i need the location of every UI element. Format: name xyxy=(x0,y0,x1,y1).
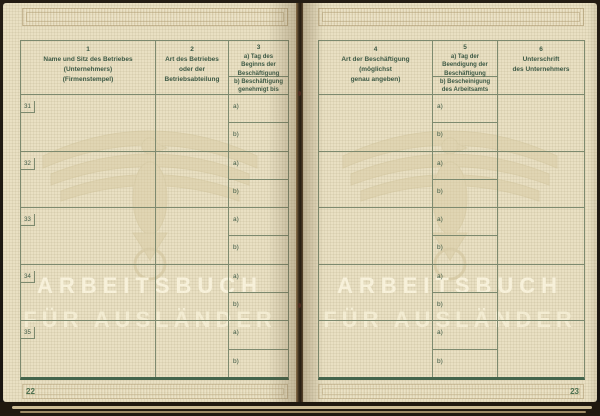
cell-end-dates: a) b) xyxy=(433,265,498,321)
header-col-6-text: Unterschrift des Unternehmers xyxy=(498,55,584,75)
header-col-5b: b) Bescheinigung des Arbeitsamts xyxy=(433,77,497,94)
subcell-a: a) xyxy=(229,321,288,349)
subcell-a: a) xyxy=(433,265,497,293)
header-col-5-number: 5 xyxy=(433,43,497,53)
row-number: 35 xyxy=(21,327,35,339)
row-number: 32 xyxy=(21,158,35,170)
header-col-2-number: 2 xyxy=(156,45,228,55)
cell-type xyxy=(156,265,229,321)
ornament-band-top-left xyxy=(22,8,288,26)
cell-occupation xyxy=(319,95,433,151)
table-row: a) b) xyxy=(319,208,584,265)
label-a: a) xyxy=(433,271,443,280)
subcell-a: a) xyxy=(433,95,497,123)
subcell-b: b) xyxy=(433,123,497,150)
cell-dates: a) b) xyxy=(229,152,288,208)
ornament-band-bottom-left xyxy=(22,384,288,399)
label-b: b) xyxy=(433,129,443,138)
cell-occupation xyxy=(319,321,433,377)
header-col-1-number: 1 xyxy=(21,45,155,55)
subcell-a: a) xyxy=(229,208,288,236)
label-b: b) xyxy=(229,186,239,195)
header-col-3-number: 3 xyxy=(229,43,288,53)
header-col-4-number: 4 xyxy=(319,45,432,55)
cell-end-dates: a) b) xyxy=(433,321,498,377)
label-b: b) xyxy=(433,186,443,195)
cell-occupation xyxy=(319,265,433,321)
header-col-5a-text: a) Tag der Beendigung der Beschäftigung xyxy=(433,53,497,77)
subcell-b: b) xyxy=(229,293,288,320)
table-row: 31 a) b) xyxy=(21,95,288,152)
label-a: a) xyxy=(229,101,239,110)
subcell-b: b) xyxy=(229,236,288,263)
header-col-4: 4 Art der Beschäftigung (möglichst genau… xyxy=(319,41,433,94)
cell-type xyxy=(156,95,229,151)
table-row: 33 a) b) xyxy=(21,208,288,265)
label-a: a) xyxy=(433,158,443,167)
subcell-a: a) xyxy=(229,95,288,123)
label-b: b) xyxy=(229,356,239,365)
label-b: b) xyxy=(433,299,443,308)
label-a: a) xyxy=(229,158,239,167)
subcell-a: a) xyxy=(229,265,288,293)
header-col-3b-text: b) Beschäftigung genehmigt bis xyxy=(229,78,288,94)
header-col-5: 5 a) Tag der Beendigung der Beschäftigun… xyxy=(433,41,498,94)
book-spread: ARBEITSBUCH FÜR AUSLÄNDER 1 Name und Sit… xyxy=(0,0,600,416)
right-table: 4 Art der Beschäftigung (möglichst genau… xyxy=(318,40,585,380)
cell-type xyxy=(156,208,229,264)
label-a: a) xyxy=(433,101,443,110)
label-a: a) xyxy=(229,271,239,280)
header-col-2: 2 Art des Betriebes oder der Betriebsabt… xyxy=(156,41,229,94)
stitch-dot xyxy=(298,303,301,308)
subcell-a: a) xyxy=(229,152,288,180)
cell-occupation xyxy=(319,152,433,208)
table-row: a) b) xyxy=(319,265,584,322)
label-a: a) xyxy=(229,327,239,336)
cell-end-dates: a) b) xyxy=(433,152,498,208)
page-edge-strip xyxy=(20,411,586,413)
cell-dates: a) b) xyxy=(229,95,288,151)
header-col-3: 3 a) Tag des Beginns der Beschäftigung b… xyxy=(229,41,288,94)
right-table-header: 4 Art der Beschäftigung (möglichst genau… xyxy=(319,41,584,95)
subcell-a: a) xyxy=(433,208,497,236)
table-row: 32 a) b) xyxy=(21,152,288,209)
cell-name: 34 xyxy=(21,265,156,321)
table-row: a) b) xyxy=(319,95,584,152)
left-page: ARBEITSBUCH FÜR AUSLÄNDER 1 Name und Sit… xyxy=(3,3,297,402)
cell-name: 31 xyxy=(21,95,156,151)
header-col-2-text: Art des Betriebes oder der Betriebsabtei… xyxy=(156,55,228,84)
header-col-1: 1 Name und Sitz des Betriebes (Unternehm… xyxy=(21,41,156,94)
cell-name: 35 xyxy=(21,321,156,377)
table-row: a) b) xyxy=(319,321,584,377)
label-b: b) xyxy=(229,299,239,308)
cell-occupation xyxy=(319,208,433,264)
page-number-left: 22 xyxy=(26,387,35,396)
left-table-header: 1 Name und Sitz des Betriebes (Unternehm… xyxy=(21,41,288,95)
cell-dates: a) b) xyxy=(229,321,288,377)
table-row: a) b) xyxy=(319,152,584,209)
subcell-b: b) xyxy=(433,350,497,377)
cell-type xyxy=(156,152,229,208)
right-page: ARBEITSBUCH FÜR AUSLÄNDER 4 Art der Besc… xyxy=(303,3,597,402)
label-a: a) xyxy=(433,327,443,336)
label-b: b) xyxy=(433,242,443,251)
cell-signature xyxy=(498,95,584,151)
row-number: 33 xyxy=(21,214,35,226)
subcell-b: b) xyxy=(229,180,288,207)
stitch-dot xyxy=(298,91,301,96)
table-row: 35 a) b) xyxy=(21,321,288,377)
subcell-b: b) xyxy=(433,236,497,263)
subcell-b: b) xyxy=(433,180,497,207)
ornament-band-bottom-right xyxy=(318,384,584,399)
cell-type xyxy=(156,321,229,377)
cell-dates: a) b) xyxy=(229,265,288,321)
label-b: b) xyxy=(229,242,239,251)
header-col-3a-text: a) Tag des Beginns der Beschäftigung xyxy=(229,53,288,77)
ornament-band-top-right xyxy=(318,8,584,26)
cell-name: 33 xyxy=(21,208,156,264)
page-edge-strip xyxy=(12,406,592,409)
subcell-a: a) xyxy=(433,321,497,349)
header-col-4-text: Art der Beschäftigung (möglichst genau a… xyxy=(319,55,432,84)
subcell-b: b) xyxy=(229,123,288,150)
header-col-6: 6 Unterschrift des Unternehmers xyxy=(498,41,584,94)
header-col-5b-text: b) Bescheinigung des Arbeitsamts xyxy=(433,78,497,94)
cell-signature xyxy=(498,152,584,208)
cell-signature xyxy=(498,321,584,377)
label-b: b) xyxy=(229,129,239,138)
label-a: a) xyxy=(433,214,443,223)
row-number: 34 xyxy=(21,271,35,283)
left-table: 1 Name und Sitz des Betriebes (Unternehm… xyxy=(20,40,289,380)
header-col-6-number: 6 xyxy=(498,45,584,55)
cell-name: 32 xyxy=(21,152,156,208)
subcell-a: a) xyxy=(433,152,497,180)
row-number: 31 xyxy=(21,101,35,113)
cell-signature xyxy=(498,208,584,264)
header-col-3b: b) Beschäftigung genehmigt bis xyxy=(229,77,288,94)
header-col-5a: 5 a) Tag der Beendigung der Beschäftigun… xyxy=(433,41,497,77)
subcell-b: b) xyxy=(229,350,288,377)
header-col-3a: 3 a) Tag des Beginns der Beschäftigung xyxy=(229,41,288,77)
cell-end-dates: a) b) xyxy=(433,95,498,151)
cell-end-dates: a) b) xyxy=(433,208,498,264)
page-number-right: 23 xyxy=(570,387,579,396)
subcell-b: b) xyxy=(433,293,497,320)
table-row: 34 a) b) xyxy=(21,265,288,322)
cell-signature xyxy=(498,265,584,321)
label-a: a) xyxy=(229,214,239,223)
label-b: b) xyxy=(433,356,443,365)
cell-dates: a) b) xyxy=(229,208,288,264)
header-col-1-text: Name und Sitz des Betriebes (Unternehmer… xyxy=(21,55,155,84)
book-page-edges xyxy=(0,402,600,416)
